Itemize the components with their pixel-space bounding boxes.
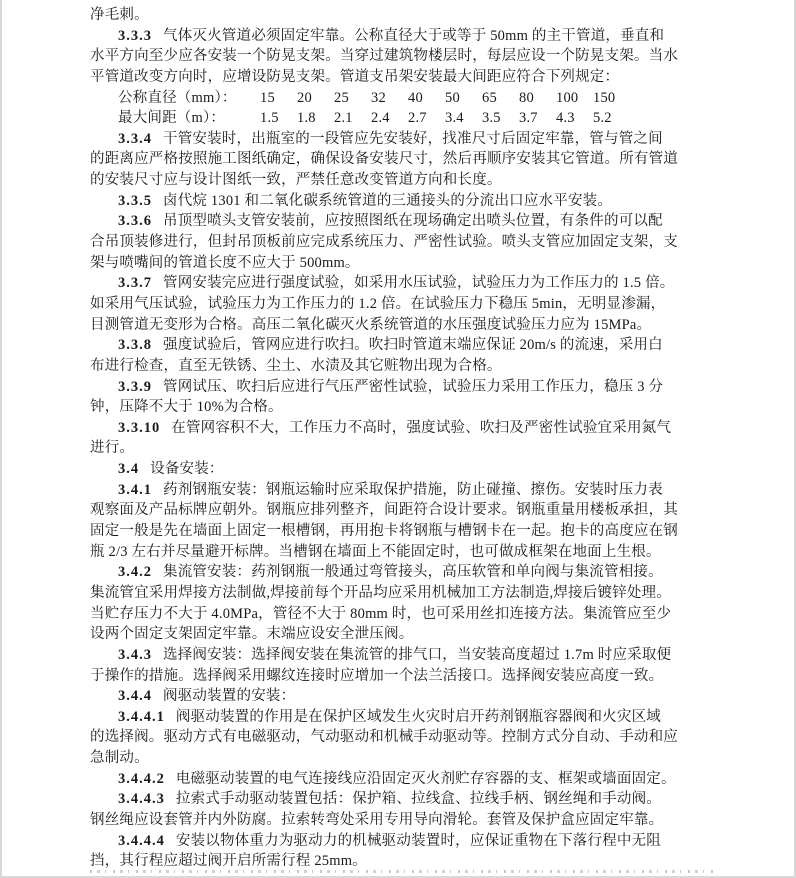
section-number: 3.4.2 (118, 564, 152, 580)
table-value: 100 (556, 88, 593, 109)
section-number: 3.4.4.2 (118, 771, 165, 787)
text-line: 3.4.1药剂钢瓶安装：钢瓶运输时应采取保护措施，防止碰撞、擦伤。安装时压力表 (90, 480, 758, 501)
document-lines: 净毛刺。3.3.3气体灭火管道必须固定牢靠。公称直径大于或等于 50mm 的主干… (90, 5, 758, 872)
text-line: 架与喷嘴间的管道长度不应大于 500mm。 (90, 253, 758, 274)
section-number: 3.4.4.4 (118, 833, 165, 849)
table-value: 1.5 (260, 108, 297, 129)
text-line: 3.4.4.3拉索式手动驱动装置包括：保护箱、拉线盒、拉线手柄、钢丝绳和手动阀。 (90, 789, 758, 810)
table-value: 2.1 (334, 108, 371, 129)
text-line: 固定一般是先在墙面上固定一根槽钢，再用抱卡将钢瓶与槽钢卡在一起。抱卡的高度应在钢 (90, 521, 758, 542)
section-number: 3.4.3 (118, 647, 152, 663)
text-line: 的安装尺寸应与设计图纸一致，严禁任意改变管道方向和长度。 (90, 170, 758, 191)
text-line: 设两个固定支架固定牢靠。末端应设安全泄压阀。 (90, 624, 758, 645)
table-value: 3.4 (445, 108, 482, 129)
text-line: 3.4.4.2电磁驱动装置的电气连接线应沿固定灭火剂贮存容器的支、框架或墙面固定… (90, 769, 758, 790)
section-number: 3.4 (118, 461, 139, 477)
text-line: 布进行检查，直至无铁锈、尘土、水渍及其它赃物出现为合格。 (90, 356, 758, 377)
text-line: 钟，压降不大于 10%为合格。 (90, 397, 758, 418)
text-line: 挡，其行程应超过阀开启所需行程 25mm。 (90, 851, 758, 872)
section-number: 3.4.4 (118, 688, 152, 704)
text-line: 集流管宜采用焊接方法制做,焊接前每个开品均应采用机械加工方法制造,焊接后镀锌处理… (90, 583, 758, 604)
text-line: 钢丝绳应设套管并内外防腐。拉索转弯处采用专用导向滑轮。套管及保护盒应固定牢靠。 (90, 810, 758, 831)
section-number: 3.3.4 (118, 131, 152, 147)
table-value: 4.3 (556, 108, 593, 129)
table-value: 1.8 (297, 108, 334, 129)
text-line: 3.4.2集流管安装：药剂钢瓶一般通过弯管接头，高压软管和单向阀与集流管相接。 (90, 562, 758, 583)
text-line: 平管道改变方向时，应增设防晃支架。管道支吊架安装最大间距应符合下列规定： (90, 67, 758, 88)
section-number: 3.4.4.1 (118, 709, 165, 725)
document-page: 净毛刺。3.3.3气体灭火管道必须固定牢靠。公称直径大于或等于 50mm 的主干… (0, 0, 796, 878)
table-value: 80 (519, 88, 556, 109)
text-line: 3.3.6吊顶型喷头支管安装前，应按照图纸在现场确定出喷头位置，有条件的可以配 (90, 211, 758, 232)
table-value: 50 (445, 88, 482, 109)
table-value: 2.7 (408, 108, 445, 129)
text-line: 最大间距（m）：1.51.82.12.42.73.43.53.74.35.2 (90, 108, 758, 129)
text-line: 3.4.4.4安装以物体重力为驱动力的机械驱动装置时，应保证重物在下落行程中无阻 (90, 831, 758, 852)
section-number: 3.3.6 (118, 213, 152, 229)
text-line: 合吊顶装修进行，但封吊顶板前应完成系统压力、严密性试验。喷头支管应加固定支架，支 (90, 232, 758, 253)
table-row-label: 最大间距（m）： (118, 108, 260, 129)
section-number: 3.3.10 (118, 420, 160, 436)
text-line: 3.3.4干管安装时，出瓶室的一段管应先安装好，找准尺寸后固定牢靠，管与管之间 (90, 129, 758, 150)
text-line: 急制动。 (90, 748, 758, 769)
table-value: 32 (371, 88, 408, 109)
table-value: 25 (334, 88, 371, 109)
table-value: 40 (408, 88, 445, 109)
text-line: 当贮存压力不大于 4.0MPa，管径不大于 80mm 时，也可采用丝扣连接方法。… (90, 604, 758, 625)
text-line: 瓶 2/3 左右并尽量避开标牌。当槽钢在墙面上不能固定时，也可做成框架在地面上生… (90, 542, 758, 563)
section-number: 3.3.3 (118, 28, 152, 44)
text-line: 进行。 (90, 438, 758, 459)
section-number: 3.4.4.3 (118, 791, 165, 807)
text-line: 观察面及产品标牌应朝外。钢瓶应排列整齐，间距符合设计要求。钢瓶重量用楼板承担，其 (90, 500, 758, 521)
section-number: 3.4.1 (118, 482, 152, 498)
text-line: 的距离应严格按照施工图纸确定，确保设备安装尺寸，然后再顺序安装其它管道。所有管道 (90, 149, 758, 170)
section-number: 3.3.5 (118, 193, 152, 209)
table-row-label: 公称直径（mm）： (118, 88, 260, 109)
section-number: 3.3.8 (118, 337, 152, 353)
table-value: 3.7 (519, 108, 556, 129)
clipped-next-line (90, 870, 714, 875)
text-line: 3.3.3气体灭火管道必须固定牢靠。公称直径大于或等于 50mm 的主干管道，垂… (90, 26, 758, 47)
table-value: 5.2 (593, 108, 630, 129)
text-line: 3.4设备安装： (90, 459, 758, 480)
table-value: 15 (260, 88, 297, 109)
table-value: 3.5 (482, 108, 519, 129)
section-number: 3.3.9 (118, 379, 152, 395)
text-line: 3.3.10在管网容积不大，工作压力不高时，强度试验、吹扫及严密性试验宜采用氮气 (90, 418, 758, 439)
table-value: 65 (482, 88, 519, 109)
text-line: 3.3.7管网安装完应进行强度试验，如采用水压试验，试验压力为工作压力的 1.5… (90, 273, 758, 294)
section-number: 3.3.7 (118, 275, 152, 291)
table-value: 150 (593, 88, 630, 109)
text-line: 3.3.9管网试压、吹扫后应进行气压严密性试验，试验压力采用工作压力，稳压 3 … (90, 377, 758, 398)
text-line: 净毛刺。 (90, 5, 758, 26)
text-line: 3.4.4阀驱动装置的安装： (90, 686, 758, 707)
text-line: 3.3.8强度试验后，管网应进行吹扫。吹扫时管道末端应保证 20m/s 的流速，… (90, 335, 758, 356)
table-value: 20 (297, 88, 334, 109)
table-value: 2.4 (371, 108, 408, 129)
text-line: 公称直径（mm）：1520253240506580100150 (90, 88, 758, 109)
text-line: 目测管道无变形为合格。高压二氧化碳灭火系统管道的水压强度试验压力应为 15MPa… (90, 315, 758, 336)
text-line: 于操作的措施。选择阀采用螺纹连接时应增加一个法兰活接口。选择阀安装应高度一致。 (90, 666, 758, 687)
text-line: 水平方向至少应各安装一个防晃支架。当穿过建筑物楼层时，每层应设一个防晃支架。当水 (90, 46, 758, 67)
text-line: 如采用气压试验，试验压力为工作压力的 1.2 倍。在试验压力下稳压 5min，无… (90, 294, 758, 315)
text-line: 的选择阀。驱动方式有电磁驱动，气动驱动和机械手动驱动等。控制方式分自动、手动和应 (90, 727, 758, 748)
text-line: 3.4.4.1阀驱动装置的作用是在保护区域发生火灾时启开药剂钢瓶容器阀和火灾区域 (90, 707, 758, 728)
text-line: 3.3.5卤代烷 1301 和二氧化碳系统管道的三通接头的分流出口应水平安装。 (90, 191, 758, 212)
text-line: 3.4.3选择阀安装：选择阀安装在集流管的排气口，当安装高度超过 1.7m 时应… (90, 645, 758, 666)
